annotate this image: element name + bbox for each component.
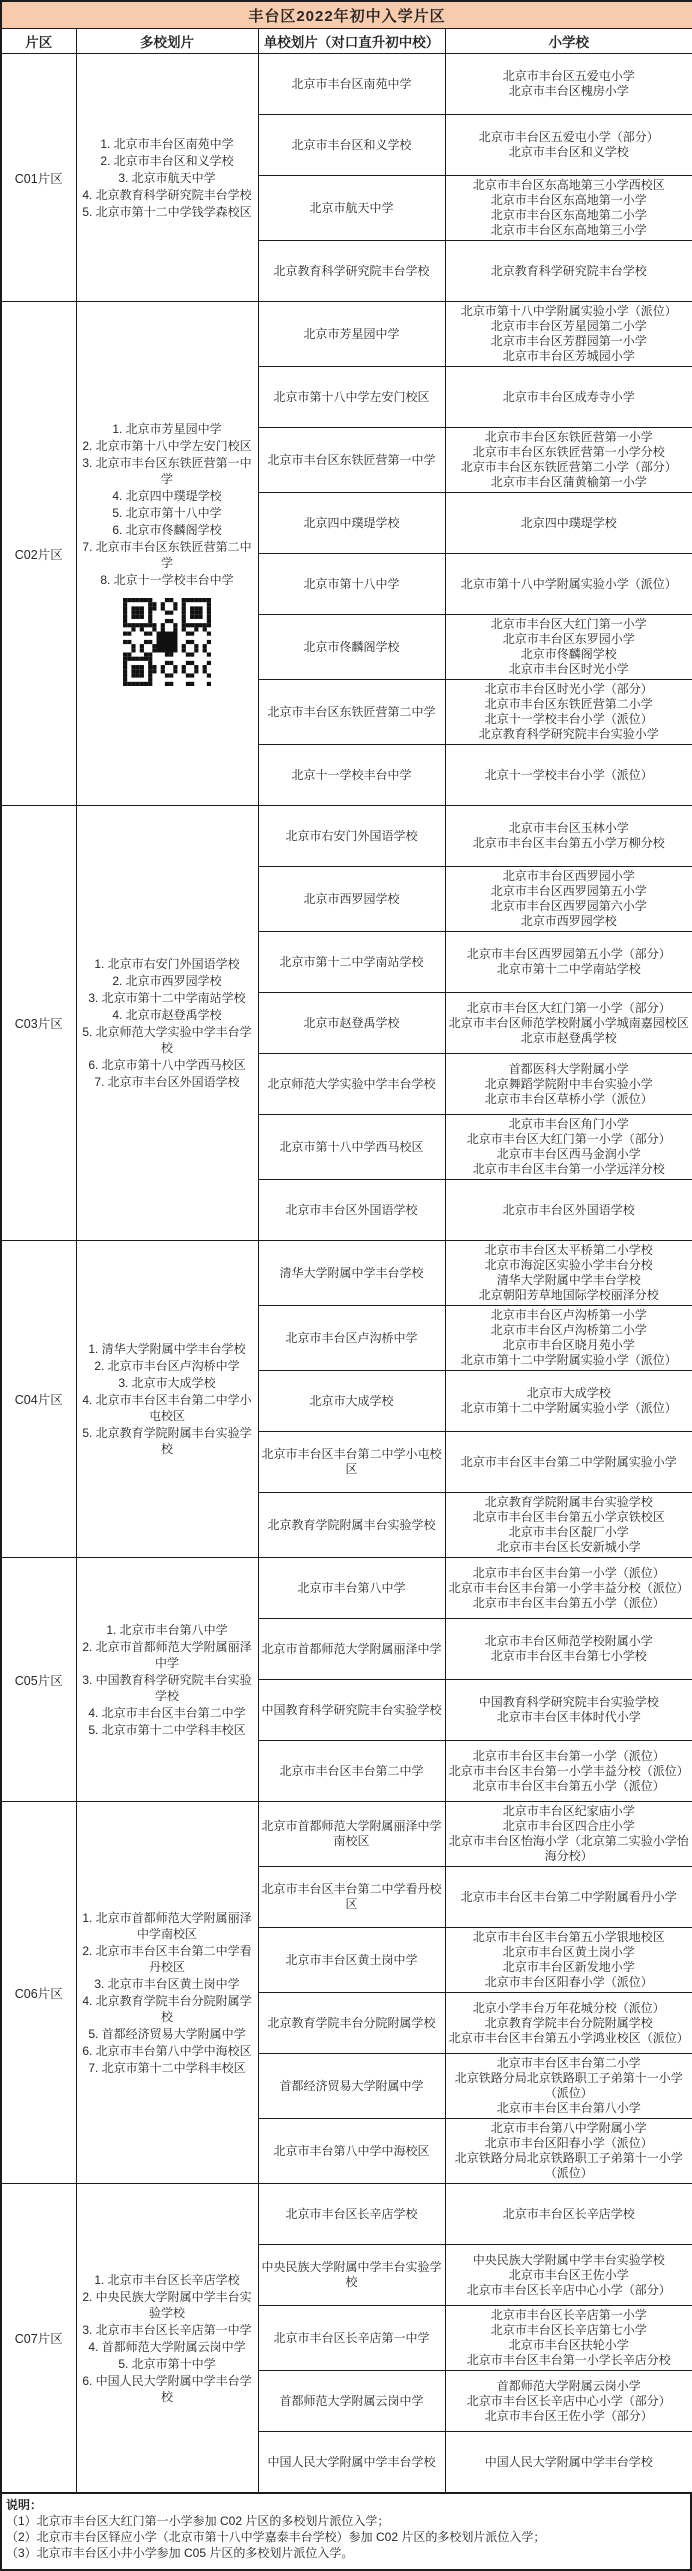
primary-school-item: 北京市丰台区王佐小学: [449, 2268, 690, 2283]
multi-school-item: 2. 中央民族大学附属中学丰台实验学校: [79, 2289, 256, 2321]
primary-school-item: 中国人民大学附属中学丰台学校: [449, 2455, 690, 2470]
multi-school-item: 3. 北京市航天中学: [79, 170, 256, 186]
primary-schools-cell: 北京市第十八中学附属实验小学（派位）: [445, 554, 692, 615]
primary-school-item: 清华大学附属中学丰台学校: [449, 1273, 690, 1288]
middle-school-cell: 北京市佟麟阁学校: [258, 615, 445, 680]
middle-school-cell: 北京市丰台区外国语学校: [258, 1180, 445, 1241]
primary-schools-cell: 北京市丰台区五爱屯小学（部分）北京市丰台区和义学校: [445, 115, 692, 176]
primary-school-item: 北京市丰台区五爱屯小学: [449, 69, 690, 84]
primary-school-item: 北京市丰台区西马金润小学: [449, 1147, 690, 1162]
primary-school-item: 北京市丰台区太平桥第二小学校: [449, 1243, 690, 1258]
middle-school-cell: 北京市第十二中学南站学校: [258, 932, 445, 993]
middle-school-cell: 北京四中璞瑅学校: [258, 493, 445, 554]
middle-school-cell: 北京市首都师范大学附属丽泽中学: [258, 1619, 445, 1680]
primary-schools-cell: 北京十一学校丰台小学（派位）: [445, 745, 692, 806]
middle-school-cell: 北京市首都师范大学附属丽泽中学南校区: [258, 1802, 445, 1867]
multi-school-item: 6. 北京市丰台第八中学中海校区: [79, 2043, 256, 2059]
multi-school-item: 5. 北京市第十二中学科丰校区: [79, 1722, 256, 1738]
qr-code: [123, 598, 211, 686]
primary-school-item: 北京市丰台区卢沟桥第一小学: [449, 1308, 690, 1323]
multi-school-item: 2. 北京市丰台区丰台第二中学看丹校区: [79, 1943, 256, 1975]
multi-school-item: 5. 首都经济贸易大学附属中学: [79, 2026, 256, 2042]
middle-school-cell: 清华大学附属中学丰台学校: [258, 1241, 445, 1306]
multi-school-item: 4. 北京市赵登禹学校: [79, 1007, 256, 1023]
multi-school-list: 1. 北京市芳星园中学2. 北京市第十八中学左安门校区3. 北京市丰台区东铁匠营…: [76, 302, 258, 806]
middle-school-cell: 北京市丰台区长辛店第一中学: [258, 2306, 445, 2371]
primary-school-item: 北京市丰台区东铁匠营第一小学: [449, 430, 690, 445]
primary-school-item: 北京四中璞瑅学校: [449, 516, 690, 531]
multi-school-item: 2. 北京市丰台区卢沟桥中学: [79, 1358, 256, 1374]
middle-school-cell: 北京市右安门外国语学校: [258, 806, 445, 867]
primary-school-item: 北京市第十二中学南站学校: [449, 962, 690, 977]
primary-school-item: 北京市丰台区玉林小学: [449, 821, 690, 836]
middle-school-cell: 中国人民大学附属中学丰台学校: [258, 2432, 445, 2494]
middle-school-cell: 北京市丰台第八中学: [258, 1558, 445, 1619]
table-row: C04片区1. 清华大学附属中学丰台学校2. 北京市丰台区卢沟桥中学3. 北京市…: [1, 1241, 692, 1306]
primary-school-item: 北京市丰台区角门小学: [449, 1117, 690, 1132]
table-body: C01片区1. 北京市丰台区南苑中学2. 北京市丰台区和义学校3. 北京市航天中…: [1, 54, 692, 2494]
multi-school-item: 4. 北京市丰台区丰台第二中学: [79, 1705, 256, 1721]
primary-schools-cell: 北京市丰台第八中学附属小学北京市丰台区阳春小学（派位）北京铁路分局北京铁路职工子…: [445, 2119, 692, 2184]
primary-schools-cell: 北京市丰台区成寿寺小学: [445, 367, 692, 428]
middle-school-cell: 北京市第十八中学: [258, 554, 445, 615]
primary-school-item: 首都医科大学附属小学: [449, 1062, 690, 1077]
primary-school-item: 北京市丰台区丰台第一小学丰益分校（派位）: [449, 1581, 690, 1596]
middle-school-cell: 北京市丰台区南苑中学: [258, 54, 445, 115]
multi-school-item: 8. 北京十一学校丰台中学: [79, 572, 256, 588]
primary-school-item: 北京市丰台区大红门第一小学（部分）: [449, 1132, 690, 1147]
primary-school-item: 北京市丰台区丰台第五小学万柳分校: [449, 836, 690, 851]
primary-school-item: 北京市第十二中学附属实验小学（派位）: [449, 1401, 690, 1416]
primary-school-item: 北京市丰台区蒲黄榆第一小学: [449, 475, 690, 490]
primary-school-item: 北京市丰台区五爱屯小学（部分）: [449, 130, 690, 145]
primary-school-item: 北京市丰台区成寿寺小学: [449, 390, 690, 405]
middle-school-cell: 北京市航天中学: [258, 176, 445, 241]
primary-school-item: 北京市丰台区槐房小学: [449, 84, 690, 99]
multi-school-list: 1. 北京市右安门外国语学校2. 北京市西罗园学校3. 北京市第十二中学南站学校…: [76, 806, 258, 1241]
note-line-3: （3）北京市丰台区小井小学参加 C05 片区的多校划片派位入学。: [6, 2545, 684, 2561]
primary-school-item: 北京市丰台区黄土岗小学: [449, 1945, 690, 1960]
multi-school-item: 6. 北京市佟麟阁学校: [79, 522, 256, 538]
middle-school-cell: 北京教育学院丰台分院附属学校: [258, 1993, 445, 2054]
primary-schools-cell: 北京市丰台区卢沟桥第一小学北京市丰台区卢沟桥第二小学北京市丰台区晓月苑小学北京市…: [445, 1306, 692, 1371]
multi-school-item: 5. 北京市第十二中学钱学森校区: [79, 204, 256, 220]
primary-schools-cell: 北京市丰台区丰台第五小学银地校区北京市丰台区黄土岗小学北京市丰台区新发地小学北京…: [445, 1928, 692, 1993]
primary-school-item: 北京市丰台区西罗园第五小学（部分）: [449, 947, 690, 962]
primary-school-item: 北京市丰台区卢沟桥第二小学: [449, 1323, 690, 1338]
primary-schools-cell: 北京市丰台区丰台第二中学附属实验小学: [445, 1432, 692, 1493]
multi-school-item: 6. 北京市第十八中学西马校区: [79, 1057, 256, 1073]
primary-schools-cell: 北京市丰台区丰台第一小学（派位）北京市丰台区丰台第一小学丰益分校（派位）北京市丰…: [445, 1558, 692, 1619]
table-row: C01片区1. 北京市丰台区南苑中学2. 北京市丰台区和义学校3. 北京市航天中…: [1, 54, 692, 115]
primary-school-item: 北京市丰台区王佐小学（部分）: [449, 2409, 690, 2424]
primary-schools-cell: 中国教育科学研究院丰台实验学校北京市丰台区丰体时代小学: [445, 1680, 692, 1741]
primary-school-item: 北京市丰台区纪家庙小学: [449, 1804, 690, 1819]
primary-school-item: 北京市丰台区芳城园小学: [449, 349, 690, 364]
primary-school-item: 北京市丰台区师范学校附属小学城南嘉园校区: [449, 1016, 690, 1031]
primary-schools-cell: 北京小学丰台万年花城分校（派位）北京教育学院丰台分院附属学校北京市丰台区丰台第五…: [445, 1993, 692, 2054]
multi-school-item: 1. 北京市丰台第八中学: [79, 1622, 256, 1638]
primary-school-item: 北京市丰台区丰台第一小学远洋分校: [449, 1162, 690, 1177]
multi-school-item: 3. 北京市丰台区黄土岗中学: [79, 1976, 256, 1992]
primary-school-item: 北京小学丰台万年花城分校（派位）: [449, 2001, 690, 2016]
primary-school-item: 北京市丰台区新发地小学: [449, 1960, 690, 1975]
multi-school-item: 4. 首都师范大学附属云岗中学: [79, 2339, 256, 2355]
zone-label: C04片区: [1, 1241, 76, 1558]
primary-schools-cell: 北京市丰台区时光小学（部分）北京市丰台区东铁匠营第二小学北京十一学校丰台小学（派…: [445, 680, 692, 745]
primary-school-item: 中国教育科学研究院丰台实验学校: [449, 1695, 690, 1710]
middle-school-cell: 北京师范大学实验中学丰台学校: [258, 1054, 445, 1115]
primary-school-item: 北京市丰台区大红门第一小学: [449, 617, 690, 632]
primary-school-item: 北京市丰台区靛厂小学: [449, 1525, 690, 1540]
primary-schools-cell: 北京市丰台区东高地第三小学西校区北京市丰台区东高地第一小学北京市丰台区东高地第二…: [445, 176, 692, 241]
primary-school-item: 北京市丰台区扶轮小学: [449, 2338, 690, 2353]
primary-school-item: 北京十一学校丰台小学（派位）: [449, 712, 690, 727]
primary-schools-cell: 北京市丰台区玉林小学北京市丰台区丰台第五小学万柳分校: [445, 806, 692, 867]
primary-school-item: 北京市丰台区东铁匠营第二小学: [449, 697, 690, 712]
primary-school-item: 北京市丰台区长安新城小学: [449, 1540, 690, 1555]
middle-school-cell: 首都师范大学附属云岗中学: [258, 2371, 445, 2432]
column-header-single-school: 单校划片（对口直升初中校）: [258, 29, 445, 54]
primary-schools-cell: 北京市丰台区丰台第二中学附属看丹小学: [445, 1867, 692, 1928]
primary-schools-cell: 北京教育科学研究院丰台学校: [445, 241, 692, 302]
primary-school-item: 北京市丰台区长辛店第一小学: [449, 2308, 690, 2323]
table-row: C03片区1. 北京市右安门外国语学校2. 北京市西罗园学校3. 北京市第十二中…: [1, 806, 692, 867]
primary-school-item: 北京市丰台区东罗园小学: [449, 632, 690, 647]
header-row: 片区 多校划片 单校划片（对口直升初中校） 小学校: [1, 29, 692, 54]
multi-school-item: 4. 北京四中璞瑅学校: [79, 488, 256, 504]
table-head: 丰台区2022年初中入学片区 片区 多校划片 单校划片（对口直升初中校） 小学校: [1, 1, 692, 54]
primary-schools-cell: 北京市大成学校北京市第十二中学附属实验小学（派位）: [445, 1371, 692, 1432]
middle-school-cell: 北京教育学院附属丰台实验学校: [258, 1493, 445, 1558]
primary-school-item: 北京市丰台区丰台第一小学（派位）: [449, 1566, 690, 1581]
multi-school-item: 5. 北京市第十八中学: [79, 505, 256, 521]
primary-schools-cell: 北京市丰台区东铁匠营第一小学北京市丰台区东铁匠营第一小学分校北京市丰台区东铁匠营…: [445, 428, 692, 493]
middle-school-cell: 北京市第十八中学西马校区: [258, 1115, 445, 1180]
primary-schools-cell: 北京教育学院附属丰台实验学校北京市丰台区丰台第五小学京铁校区北京市丰台区靛厂小学…: [445, 1493, 692, 1558]
primary-school-item: 北京市丰台区晓月苑小学: [449, 1338, 690, 1353]
primary-school-item: 北京市丰台区丰台第一小学（派位）: [449, 1749, 690, 1764]
multi-school-list: 1. 北京市首都师范大学附属丽泽中学南校区2. 北京市丰台区丰台第二中学看丹校区…: [76, 1802, 258, 2184]
primary-school-item: 北京市第十八中学附属实验小学（派位）: [449, 304, 690, 319]
multi-school-item: 2. 北京市第十八中学左安门校区: [79, 438, 256, 454]
primary-school-item: 北京市丰台区东高地第一小学: [449, 193, 690, 208]
primary-school-item: 北京市佟麟阁学校: [449, 647, 690, 662]
primary-schools-cell: 北京市丰台区长辛店学校: [445, 2184, 692, 2245]
primary-school-item: 北京市丰台区西罗园第六小学: [449, 899, 690, 914]
primary-school-item: 北京市丰台区西罗园小学: [449, 869, 690, 884]
middle-school-cell: 北京市第十八中学左安门校区: [258, 367, 445, 428]
primary-school-item: 北京市丰台区草桥小学（派位）: [449, 1092, 690, 1107]
primary-school-item: 北京市丰台区时光小学: [449, 662, 690, 677]
middle-school-cell: 北京市芳星园中学: [258, 302, 445, 367]
primary-schools-cell: 北京市丰台区师范学校附属小学北京市丰台区丰台第七小学校: [445, 1619, 692, 1680]
primary-school-item: 北京市丰台区东铁匠营第一小学分校: [449, 445, 690, 460]
multi-school-item: 1. 北京市丰台区南苑中学: [79, 136, 256, 152]
multi-school-item: 3. 北京市大成学校: [79, 1375, 256, 1391]
primary-school-item: 北京市丰台区长辛店第七小学: [449, 2323, 690, 2338]
multi-school-item: 2. 北京市丰台区和义学校: [79, 153, 256, 169]
zone-label: C03片区: [1, 806, 76, 1241]
primary-schools-cell: 北京市丰台区大红门第一小学北京市丰台区东罗园小学北京市佟麟阁学校北京市丰台区时光…: [445, 615, 692, 680]
column-header-primary-school: 小学校: [445, 29, 692, 54]
middle-school-cell: 北京市赵登禹学校: [258, 993, 445, 1054]
column-header-zone: 片区: [1, 29, 76, 54]
notes-section: 说明： （1）北京市丰台区大红门第一小学参加 C02 片区的多校划片派位入学； …: [0, 2494, 692, 2571]
primary-school-item: 北京教育科学研究院丰台实验小学: [449, 727, 690, 742]
primary-school-item: 北京市丰台区丰台第二中学附属看丹小学: [449, 1890, 690, 1905]
primary-school-item: 北京市丰台区长辛店中心小学（部分）: [449, 2394, 690, 2409]
table-row: C06片区1. 北京市首都师范大学附属丽泽中学南校区2. 北京市丰台区丰台第二中…: [1, 1802, 692, 1867]
primary-school-item: 北京舞蹈学院附中丰台实验小学: [449, 1077, 690, 1092]
primary-school-item: 北京市丰台区师范学校附属小学: [449, 1634, 690, 1649]
primary-school-item: 北京市丰台区丰台第五小学（派位）: [449, 1779, 690, 1794]
multi-school-item: 5. 北京师范大学实验中学丰台学校: [79, 1024, 256, 1056]
primary-schools-cell: 北京四中璞瑅学校: [445, 493, 692, 554]
note-line-1: （1）北京市丰台区大红门第一小学参加 C02 片区的多校划片派位入学；: [6, 2513, 684, 2529]
primary-school-item: 北京铁路分局北京铁路职工子弟第十一小学（派位）: [449, 2071, 690, 2101]
middle-school-cell: 北京市丰台第八中学中海校区: [258, 2119, 445, 2184]
primary-school-item: 北京市西罗园学校: [449, 914, 690, 929]
primary-school-item: 北京市丰台区芳群园第一小学: [449, 334, 690, 349]
primary-schools-cell: 北京市第十八中学附属实验小学（派位）北京市丰台区芳星园第二小学北京市丰台区芳群园…: [445, 302, 692, 367]
multi-school-item: 3. 中国教育科学研究院丰台实验学校: [79, 1672, 256, 1704]
primary-schools-cell: 北京市丰台区丰台第二小学北京铁路分局北京铁路职工子弟第十一小学（派位）北京市丰台…: [445, 2054, 692, 2119]
primary-school-item: 北京市丰台区怡海小学（北京第二实验小学怡海分校）: [449, 1834, 690, 1864]
primary-schools-cell: 北京市丰台区西罗园小学北京市丰台区西罗园第五小学北京市丰台区西罗园第六小学北京市…: [445, 867, 692, 932]
primary-school-item: 北京铁路分局北京铁路职工子弟第十一小学（派位）: [449, 2151, 690, 2181]
primary-school-item: 北京市丰台区东高地第三小学: [449, 223, 690, 238]
column-header-multi-school: 多校划片: [76, 29, 258, 54]
primary-school-item: 北京市丰台区阳春小学（派位）: [449, 1975, 690, 1990]
primary-school-item: 北京市丰台区时光小学（部分）: [449, 682, 690, 697]
multi-school-item: 1. 北京市右安门外国语学校: [79, 956, 256, 972]
middle-school-cell: 北京市西罗园学校: [258, 867, 445, 932]
table-row: C05片区1. 北京市丰台第八中学2. 北京市首都师范大学附属丽泽中学3. 中国…: [1, 1558, 692, 1619]
middle-school-cell: 北京教育科学研究院丰台学校: [258, 241, 445, 302]
primary-school-item: 北京市丰台区丰台第一小学丰益分校（派位）: [449, 1764, 690, 1779]
primary-school-item: 北京市丰台区丰台第二中学附属实验小学: [449, 1455, 690, 1470]
multi-school-item: 3. 北京市丰台区东铁匠营第一中学: [79, 455, 256, 487]
multi-school-item: 5. 北京教育学院附属丰台实验学校: [79, 1425, 256, 1457]
multi-school-list: 1. 清华大学附属中学丰台学校2. 北京市丰台区卢沟桥中学3. 北京市大成学校4…: [76, 1241, 258, 1558]
middle-school-cell: 北京市丰台区丰台第二中学小屯校区: [258, 1432, 445, 1493]
primary-school-item: 北京市丰台区丰台第五小学鸿业校区（派位）: [449, 2031, 690, 2046]
multi-school-item: 3. 北京市丰台区长辛店第一中学: [79, 2322, 256, 2338]
multi-school-item: 4. 北京教育科学研究院丰台学校: [79, 187, 256, 203]
multi-school-list: 1. 北京市丰台区长辛店学校2. 中央民族大学附属中学丰台实验学校3. 北京市丰…: [76, 2184, 258, 2494]
primary-school-item: 北京市丰台区东高地第二小学: [449, 208, 690, 223]
primary-school-item: 北京教育学院附属丰台实验学校: [449, 1495, 690, 1510]
page-title: 丰台区2022年初中入学片区: [1, 1, 692, 29]
enrollment-zones-page: 丰台区2022年初中入学片区 片区 多校划片 单校划片（对口直升初中校） 小学校…: [0, 0, 692, 2571]
primary-schools-cell: 北京市丰台区五爱屯小学北京市丰台区槐房小学: [445, 54, 692, 115]
primary-school-item: 北京市丰台区四合庄小学: [449, 1819, 690, 1834]
zone-label: C06片区: [1, 1802, 76, 2184]
zone-label: C01片区: [1, 54, 76, 302]
primary-school-item: 北京市丰台区东铁匠营第二小学（部分）: [449, 460, 690, 475]
primary-school-item: 北京市丰台区丰台第八小学: [449, 2101, 690, 2116]
multi-school-item: 4. 北京市丰台区丰台第二中学小屯校区: [79, 1392, 256, 1424]
primary-school-item: 北京市丰台区芳星园第二小学: [449, 319, 690, 334]
middle-school-cell: 北京市丰台区和义学校: [258, 115, 445, 176]
multi-school-list: 1. 北京市丰台第八中学2. 北京市首都师范大学附属丽泽中学3. 中国教育科学研…: [76, 1558, 258, 1802]
primary-school-item: 北京市丰台区丰台第一小学长辛店分校: [449, 2353, 690, 2368]
middle-school-cell: 北京市大成学校: [258, 1371, 445, 1432]
primary-school-item: 北京十一学校丰台小学（派位）: [449, 768, 690, 783]
multi-school-item: 5. 北京市第十中学: [79, 2356, 256, 2372]
multi-school-item: 1. 北京市芳星园中学: [79, 421, 256, 437]
primary-school-item: 北京市丰台区丰台第五小学（派位）: [449, 1596, 690, 1611]
primary-school-item: 北京市丰台区丰台第五小学银地校区: [449, 1930, 690, 1945]
primary-school-item: 北京市海淀区实验小学丰台分校: [449, 1258, 690, 1273]
middle-school-cell: 北京市丰台区东铁匠营第二中学: [258, 680, 445, 745]
primary-school-item: 首都师范大学附属云岗小学: [449, 2379, 690, 2394]
multi-school-item: 2. 北京市首都师范大学附属丽泽中学: [79, 1639, 256, 1671]
primary-school-item: 北京市丰台区和义学校: [449, 145, 690, 160]
primary-school-item: 北京市丰台区丰台第二小学: [449, 2056, 690, 2071]
primary-schools-cell: 中国人民大学附属中学丰台学校: [445, 2432, 692, 2494]
multi-school-list: 1. 北京市丰台区南苑中学2. 北京市丰台区和义学校3. 北京市航天中学4. 北…: [76, 54, 258, 302]
multi-school-item: 1. 北京市丰台区长辛店学校: [79, 2272, 256, 2288]
note-line-2: （2）北京市丰台区铎应小学（北京市第十八中学嘉泰丰台学校）参加 C02 片区的多…: [6, 2529, 684, 2545]
primary-school-item: 北京市丰台区阳春小学（派位）: [449, 2136, 690, 2151]
zone-label: C05片区: [1, 1558, 76, 1802]
notes-heading: 说明：: [6, 2497, 684, 2513]
middle-school-cell: 北京市丰台区黄土岗中学: [258, 1928, 445, 1993]
primary-schools-cell: 北京市丰台区外国语学校: [445, 1180, 692, 1241]
middle-school-cell: 北京市丰台区丰台第二中学看丹校区: [258, 1867, 445, 1928]
primary-schools-cell: 中央民族大学附属中学丰台实验学校北京市丰台区王佐小学北京市丰台区长辛店中心小学（…: [445, 2245, 692, 2306]
primary-school-item: 北京市丰台区丰台第五小学京铁校区: [449, 1510, 690, 1525]
primary-school-item: 北京朝阳芳草地国际学校丽泽分校: [449, 1288, 690, 1303]
middle-school-cell: 北京市丰台区长辛店学校: [258, 2184, 445, 2245]
multi-school-item: 1. 北京市首都师范大学附属丽泽中学南校区: [79, 1910, 256, 1942]
enrollment-table: 丰台区2022年初中入学片区 片区 多校划片 单校划片（对口直升初中校） 小学校…: [0, 0, 692, 2494]
primary-school-item: 北京市丰台区西罗园第五小学: [449, 884, 690, 899]
multi-school-item: 2. 北京市西罗园学校: [79, 973, 256, 989]
primary-school-item: 北京市丰台区长辛店中心小学（部分）: [449, 2283, 690, 2298]
multi-school-item: 7. 北京市丰台区东铁匠营第二中学: [79, 539, 256, 571]
primary-schools-cell: 北京市丰台区太平桥第二小学校北京市海淀区实验小学丰台分校清华大学附属中学丰台学校…: [445, 1241, 692, 1306]
multi-school-item: 3. 北京市第十二中学南站学校: [79, 990, 256, 1006]
primary-schools-cell: 北京市丰台区西罗园第五小学（部分）北京市第十二中学南站学校: [445, 932, 692, 993]
primary-school-item: 北京市丰台区丰台第七小学校: [449, 1649, 690, 1664]
multi-school-item: 7. 北京市丰台区外国语学校: [79, 1074, 256, 1090]
zone-label: C02片区: [1, 302, 76, 806]
primary-schools-cell: 北京市丰台区角门小学北京市丰台区大红门第一小学（部分）北京市丰台区西马金润小学北…: [445, 1115, 692, 1180]
middle-school-cell: 北京市丰台区卢沟桥中学: [258, 1306, 445, 1371]
multi-school-item: 1. 清华大学附属中学丰台学校: [79, 1341, 256, 1357]
primary-school-item: 北京市丰台区东高地第三小学西校区: [449, 178, 690, 193]
primary-school-item: 北京教育学院丰台分院附属学校: [449, 2016, 690, 2031]
primary-school-item: 北京市丰台区丰体时代小学: [449, 1710, 690, 1725]
primary-school-item: 北京市第十二中学附属实验小学（派位）: [449, 1353, 690, 1368]
multi-school-item: 4. 北京教育学院丰台分院附属学校: [79, 1993, 256, 2025]
primary-school-item: 北京教育科学研究院丰台学校: [449, 264, 690, 279]
primary-school-item: 北京市大成学校: [449, 1386, 690, 1401]
middle-school-cell: 北京十一学校丰台中学: [258, 745, 445, 806]
primary-school-item: 北京市第十八中学附属实验小学（派位）: [449, 577, 690, 592]
primary-schools-cell: 北京市丰台区长辛店第一小学北京市丰台区长辛店第七小学北京市丰台区扶轮小学北京市丰…: [445, 2306, 692, 2371]
middle-school-cell: 首都经济贸易大学附属中学: [258, 2054, 445, 2119]
multi-school-item: 7. 北京市第十二中学科丰校区: [79, 2060, 256, 2076]
table-row: C02片区1. 北京市芳星园中学2. 北京市第十八中学左安门校区3. 北京市丰台…: [1, 302, 692, 367]
middle-school-cell: 中国教育科学研究院丰台实验学校: [258, 1680, 445, 1741]
primary-school-item: 北京市丰台区长辛店学校: [449, 2207, 690, 2222]
middle-school-cell: 中央民族大学附属中学丰台实验学校: [258, 2245, 445, 2306]
primary-school-item: 北京市丰台第八中学附属小学: [449, 2121, 690, 2136]
multi-school-item: 6. 中国人民大学附属中学丰台学校: [79, 2373, 256, 2405]
primary-school-item: 中央民族大学附属中学丰台实验学校: [449, 2253, 690, 2268]
title-row: 丰台区2022年初中入学片区: [1, 1, 692, 29]
zone-label: C07片区: [1, 2184, 76, 2494]
table-row: C07片区1. 北京市丰台区长辛店学校2. 中央民族大学附属中学丰台实验学校3.…: [1, 2184, 692, 2245]
primary-school-item: 北京市丰台区外国语学校: [449, 1203, 690, 1218]
primary-schools-cell: 北京市丰台区丰台第一小学（派位）北京市丰台区丰台第一小学丰益分校（派位）北京市丰…: [445, 1741, 692, 1802]
primary-schools-cell: 首都医科大学附属小学北京舞蹈学院附中丰台实验小学北京市丰台区草桥小学（派位）: [445, 1054, 692, 1115]
primary-schools-cell: 北京市丰台区大红门第一小学（部分）北京市丰台区师范学校附属小学城南嘉园校区北京市…: [445, 993, 692, 1054]
primary-school-item: 北京市丰台区大红门第一小学（部分）: [449, 1001, 690, 1016]
primary-schools-cell: 北京市丰台区纪家庙小学北京市丰台区四合庄小学北京市丰台区怡海小学（北京第二实验小…: [445, 1802, 692, 1867]
middle-school-cell: 北京市丰台区东铁匠营第一中学: [258, 428, 445, 493]
primary-school-item: 北京市赵登禹学校: [449, 1031, 690, 1046]
primary-schools-cell: 首都师范大学附属云岗小学北京市丰台区长辛店中心小学（部分）北京市丰台区王佐小学（…: [445, 2371, 692, 2432]
middle-school-cell: 北京市丰台区丰台第二中学: [258, 1741, 445, 1802]
